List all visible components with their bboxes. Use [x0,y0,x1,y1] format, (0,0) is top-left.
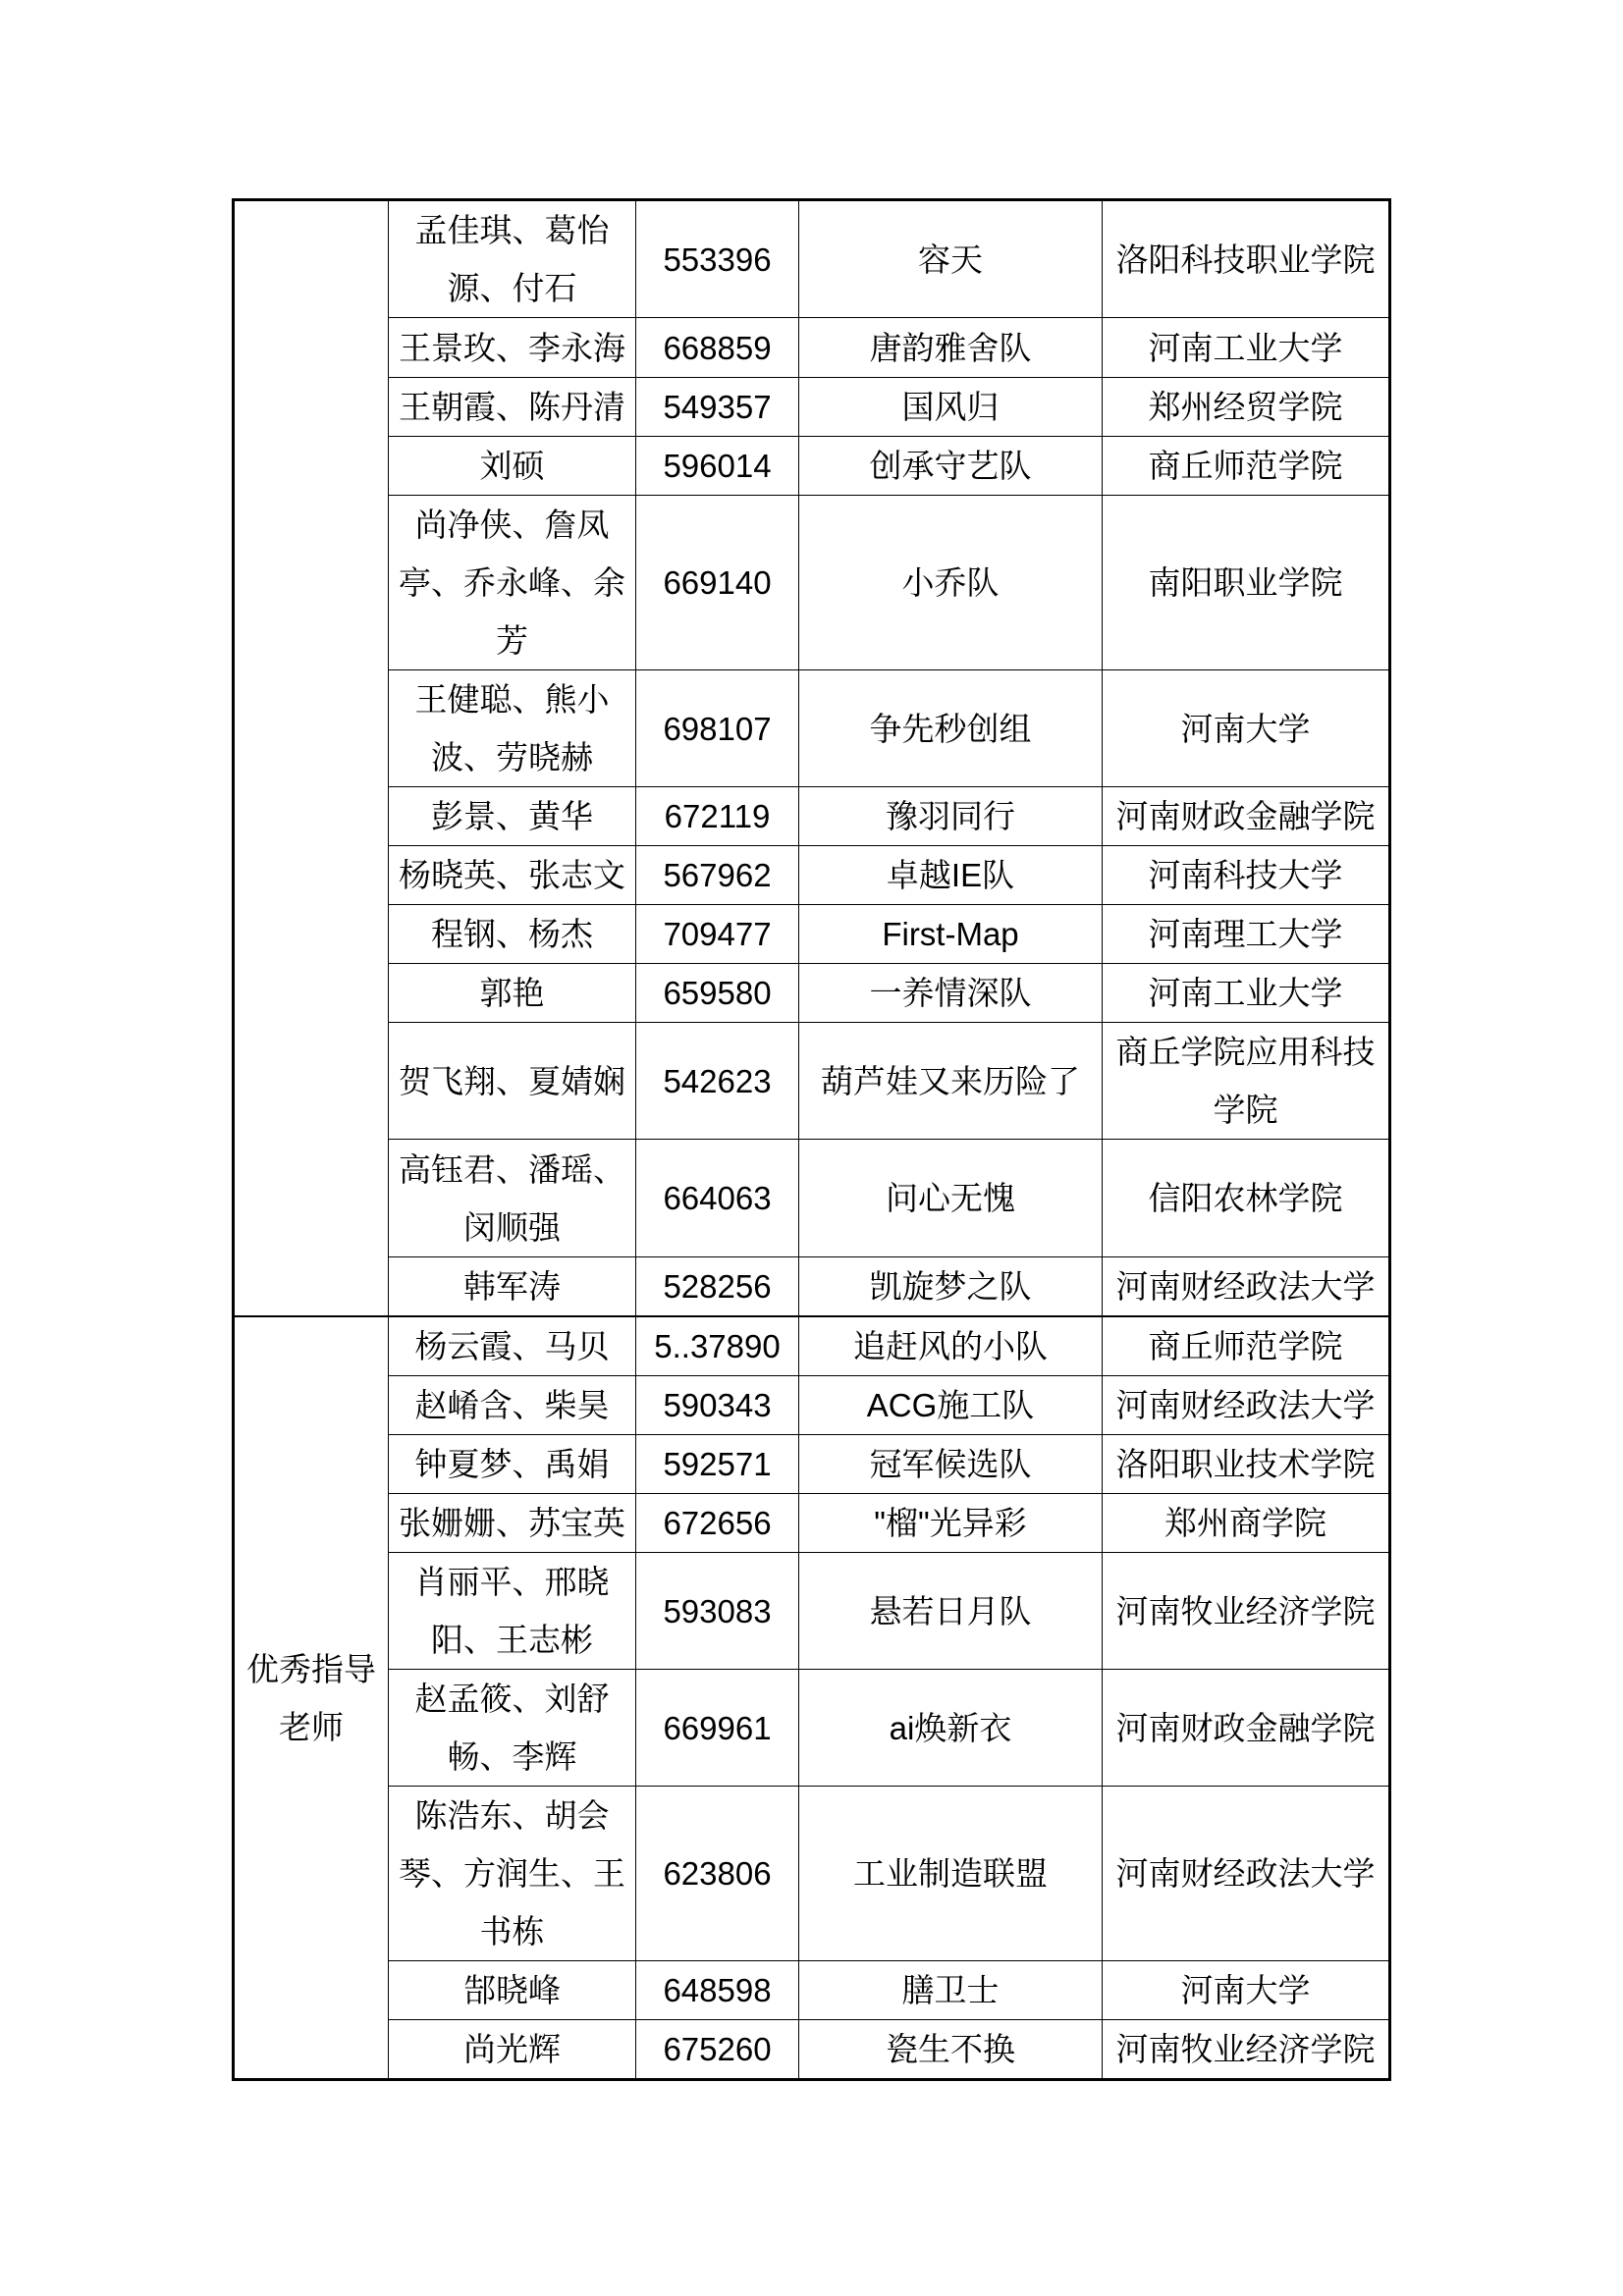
school-name-cell: 河南工业大学 [1103,318,1390,378]
teacher-names-cell: 杨晓英、张志文 [389,846,636,905]
school-name-cell: 河南财经政法大学 [1103,1257,1390,1317]
school-name-cell: 洛阳科技职业学院 [1103,200,1390,318]
table-row: 陈浩东、胡会琴、方润生、王书栋623806工业制造联盟河南财经政法大学 [234,1787,1390,1961]
teacher-names-cell: 陈浩东、胡会琴、方润生、王书栋 [389,1787,636,1961]
entry-id-cell: 623806 [636,1787,799,1961]
document-page: 孟佳琪、葛怡源、付石553396容天洛阳科技职业学院王景玫、李永海668859唐… [0,0,1623,2296]
team-name-cell: 膳卫士 [799,1961,1103,2020]
school-name-cell: 郑州商学院 [1103,1494,1390,1553]
entry-id-cell: 668859 [636,318,799,378]
table-row: 贺飞翔、夏婧娴542623葫芦娃又来历险了商丘学院应用科技学院 [234,1023,1390,1140]
team-name-cell: 葫芦娃又来历险了 [799,1023,1103,1140]
teacher-names-cell: 尚净侠、詹凤亭、乔永峰、余芳 [389,496,636,670]
school-name-cell: 河南理工大学 [1103,905,1390,964]
entry-id-cell: 672119 [636,787,799,846]
table-row: 程钢、杨杰709477First-Map河南理工大学 [234,905,1390,964]
table-row: 尚光辉675260瓷生不换河南牧业经济学院 [234,2020,1390,2080]
team-name-cell: 争先秒创组 [799,670,1103,787]
table-row: 郭艳659580一养情深队河南工业大学 [234,964,1390,1023]
team-name-cell: 冠军候选队 [799,1435,1103,1494]
entry-id-cell: 549357 [636,378,799,437]
teacher-names-cell: 肖丽平、邢晓阳、王志彬 [389,1553,636,1670]
team-name-cell: 问心无愧 [799,1140,1103,1257]
table-row: 赵孟筱、刘舒畅、李辉669961ai焕新衣河南财政金融学院 [234,1670,1390,1787]
entry-id-cell: 593083 [636,1553,799,1670]
table-row: 王景玫、李永海668859唐韵雅舍队河南工业大学 [234,318,1390,378]
teacher-names-cell: 赵孟筱、刘舒畅、李辉 [389,1670,636,1787]
teacher-names-cell: 程钢、杨杰 [389,905,636,964]
school-name-cell: 河南财经政法大学 [1103,1376,1390,1435]
teacher-names-cell: 孟佳琪、葛怡源、付石 [389,200,636,318]
school-name-cell: 信阳农林学院 [1103,1140,1390,1257]
entry-id-cell: 648598 [636,1961,799,2020]
team-name-cell: 凯旋梦之队 [799,1257,1103,1317]
school-name-cell: 河南牧业经济学院 [1103,1553,1390,1670]
section-label: 优秀指导老师 [234,1316,389,2080]
school-name-cell: 河南牧业经济学院 [1103,2020,1390,2080]
entry-id-cell: 709477 [636,905,799,964]
table-row: 彭景、黄华672119豫羽同行河南财政金融学院 [234,787,1390,846]
team-name-cell: 悬若日月队 [799,1553,1103,1670]
school-name-cell: 河南科技大学 [1103,846,1390,905]
entry-id-cell: 528256 [636,1257,799,1317]
team-name-cell: First-Map [799,905,1103,964]
school-name-cell: 洛阳职业技术学院 [1103,1435,1390,1494]
award-table-body: 孟佳琪、葛怡源、付石553396容天洛阳科技职业学院王景玫、李永海668859唐… [234,200,1390,2080]
entry-id-cell: 659580 [636,964,799,1023]
entry-id-cell: 542623 [636,1023,799,1140]
teacher-names-cell: 杨云霞、马贝 [389,1316,636,1376]
teacher-names-cell: 钟夏梦、禹娟 [389,1435,636,1494]
school-name-cell: 南阳职业学院 [1103,496,1390,670]
team-name-cell: 瓷生不换 [799,2020,1103,2080]
teacher-names-cell: 郭艳 [389,964,636,1023]
table-row: 王健聪、熊小波、劳晓赫698107争先秒创组河南大学 [234,670,1390,787]
table-row: 尚净侠、詹凤亭、乔永峰、余芳669140小乔队南阳职业学院 [234,496,1390,670]
teacher-names-cell: 赵崤含、柴昊 [389,1376,636,1435]
team-name-cell: 工业制造联盟 [799,1787,1103,1961]
school-name-cell: 商丘学院应用科技学院 [1103,1023,1390,1140]
school-name-cell: 河南工业大学 [1103,964,1390,1023]
team-name-cell: 唐韵雅舍队 [799,318,1103,378]
teacher-names-cell: 贺飞翔、夏婧娴 [389,1023,636,1140]
entry-id-cell: 669140 [636,496,799,670]
teacher-names-cell: 刘硕 [389,437,636,496]
team-name-cell: 创承守艺队 [799,437,1103,496]
school-name-cell: 商丘师范学院 [1103,1316,1390,1376]
team-name-cell: 小乔队 [799,496,1103,670]
entry-id-cell: 592571 [636,1435,799,1494]
table-row: 刘硕596014创承守艺队商丘师范学院 [234,437,1390,496]
entry-id-cell: 698107 [636,670,799,787]
school-name-cell: 河南大学 [1103,1961,1390,2020]
team-name-cell: 豫羽同行 [799,787,1103,846]
table-row: 王朝霞、陈丹清549357国风归郑州经贸学院 [234,378,1390,437]
table-row: 优秀指导老师杨云霞、马贝5..37890追赶风的小队商丘师范学院 [234,1316,1390,1376]
entry-id-cell: 664063 [636,1140,799,1257]
school-name-cell: 河南财政金融学院 [1103,787,1390,846]
teacher-names-cell: 王健聪、熊小波、劳晓赫 [389,670,636,787]
team-name-cell: ai焕新衣 [799,1670,1103,1787]
teacher-names-cell: 王朝霞、陈丹清 [389,378,636,437]
table-row: 张姗姗、苏宝英672656"榴"光异彩郑州商学院 [234,1494,1390,1553]
teacher-names-cell: 高钰君、潘瑶、闵顺强 [389,1140,636,1257]
team-name-cell: 一养情深队 [799,964,1103,1023]
team-name-cell: ACG施工队 [799,1376,1103,1435]
table-row: 赵崤含、柴昊590343ACG施工队河南财经政法大学 [234,1376,1390,1435]
entry-id-cell: 669961 [636,1670,799,1787]
team-name-cell: "榴"光异彩 [799,1494,1103,1553]
school-name-cell: 河南财经政法大学 [1103,1787,1390,1961]
teacher-names-cell: 韩军涛 [389,1257,636,1317]
entry-id-cell: 553396 [636,200,799,318]
section-label [234,200,389,1317]
teacher-names-cell: 张姗姗、苏宝英 [389,1494,636,1553]
school-name-cell: 河南财政金融学院 [1103,1670,1390,1787]
teacher-names-cell: 王景玫、李永海 [389,318,636,378]
school-name-cell: 河南大学 [1103,670,1390,787]
award-table: 孟佳琪、葛怡源、付石553396容天洛阳科技职业学院王景玫、李永海668859唐… [232,198,1391,2081]
table-row: 高钰君、潘瑶、闵顺强664063问心无愧信阳农林学院 [234,1140,1390,1257]
entry-id-cell: 672656 [636,1494,799,1553]
teacher-names-cell: 尚光辉 [389,2020,636,2080]
team-name-cell: 容天 [799,200,1103,318]
school-name-cell: 商丘师范学院 [1103,437,1390,496]
table-row: 杨晓英、张志文567962卓越IE队河南科技大学 [234,846,1390,905]
entry-id-cell: 567962 [636,846,799,905]
table-row: 钟夏梦、禹娟592571冠军候选队洛阳职业技术学院 [234,1435,1390,1494]
team-name-cell: 追赶风的小队 [799,1316,1103,1376]
table-row: 孟佳琪、葛怡源、付石553396容天洛阳科技职业学院 [234,200,1390,318]
table-row: 肖丽平、邢晓阳、王志彬593083悬若日月队河南牧业经济学院 [234,1553,1390,1670]
teacher-names-cell: 彭景、黄华 [389,787,636,846]
table-row: 郜晓峰648598膳卫士河南大学 [234,1961,1390,2020]
entry-id-cell: 675260 [636,2020,799,2080]
entry-id-cell: 596014 [636,437,799,496]
table-row: 韩军涛528256凯旋梦之队河南财经政法大学 [234,1257,1390,1317]
entry-id-cell: 5..37890 [636,1316,799,1376]
team-name-cell: 卓越IE队 [799,846,1103,905]
entry-id-cell: 590343 [636,1376,799,1435]
teacher-names-cell: 郜晓峰 [389,1961,636,2020]
team-name-cell: 国风归 [799,378,1103,437]
school-name-cell: 郑州经贸学院 [1103,378,1390,437]
